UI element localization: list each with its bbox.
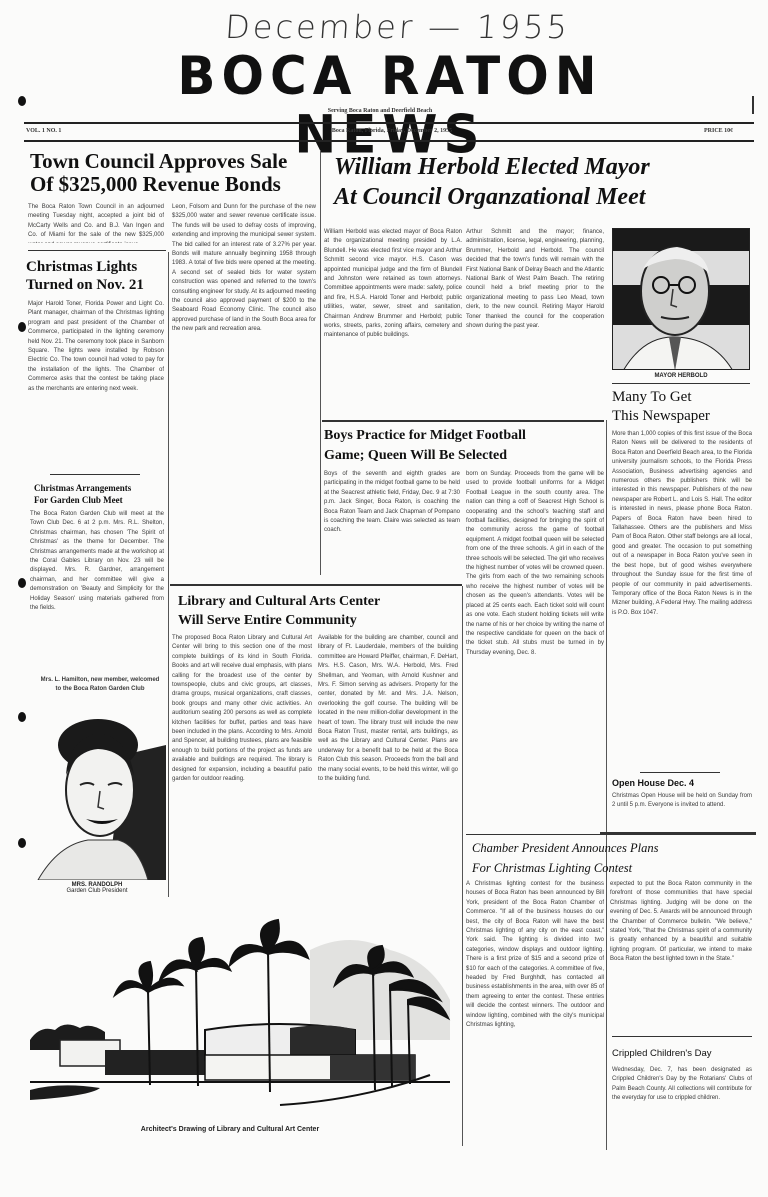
many-to-get-headline: Many To Get This Newspaper (612, 388, 752, 426)
column-rule-4 (462, 586, 463, 1146)
football-headline-line2: Game; Queen Will Be Selected (324, 446, 604, 466)
bonds-headline: Town Council Approves Sale Of $325,000 R… (30, 150, 320, 196)
woman-caption-title: Garden Club President (28, 888, 166, 894)
garden-club-headline-line1: Christmas Arrangements (34, 482, 164, 494)
lights-body: Major Harold Toner, Florida Power and Li… (28, 300, 164, 460)
mayor-headline-line2: At Council Organzational Meet (334, 182, 754, 212)
garden-club-footer: Mrs. L. Hamilton, new member, welcomed t… (40, 676, 160, 696)
binder-hole-1 (18, 96, 26, 106)
dateline: Boca Raton, Florida, Friday, December 2,… (292, 128, 492, 134)
newspaper-title: BOCA RATON NEWS (110, 47, 670, 106)
masthead-rule-top (24, 122, 754, 124)
price: PRICE 10¢ (704, 128, 733, 134)
binder-hole-5 (18, 838, 26, 848)
column-rule-2 (320, 150, 321, 575)
garden-club-headline: Christmas Arrangements For Garden Club M… (34, 482, 164, 506)
chamber-body-col1: A Christmas lighting contest for the bus… (466, 880, 604, 1145)
portrait-woman-icon (28, 705, 166, 880)
garden-club-headline-line2: For Garden Club Meet (34, 494, 164, 506)
column-rule-3 (606, 420, 607, 1150)
bonds-headline-line2: Of $325,000 Revenue Bonds (30, 173, 320, 196)
garden-club-president-photo (28, 705, 166, 880)
lights-divider (50, 474, 140, 475)
palm-trees-building-illustration-icon (30, 910, 460, 1110)
mayor-headline: William Herbold Elected Mayor At Council… (334, 152, 754, 212)
chamber-body-col2: expected to put the Boca Raton community… (610, 880, 752, 1030)
football-headline: Boys Practice for Midget Football Game; … (324, 426, 604, 466)
lights-headline-line1: Christmas Lights (26, 258, 168, 276)
binder-hole-4 (18, 712, 26, 722)
many-to-get-body: More than 1,000 copies of this first iss… (612, 430, 752, 764)
bonds-body-col2: Leon, Folsom and Dunn for the purchase o… (172, 203, 316, 575)
football-body-col2: born on Sunday. Proceeds from the game w… (466, 470, 604, 832)
edge-mark (752, 96, 754, 114)
open-house-divider (640, 772, 720, 773)
tagline: Serving Boca Raton and Deerfield Beach (260, 108, 500, 114)
binder-hole-3 (18, 578, 26, 588)
library-headline: Library and Cultural Arts Center Will Se… (178, 592, 462, 630)
library-headline-line2: Will Serve Entire Community (178, 611, 462, 630)
football-top-rule (322, 420, 604, 422)
masthead-rule-bottom (24, 140, 754, 142)
many-headline-line1: Many To Get (612, 388, 752, 407)
football-headline-line1: Boys Practice for Midget Football (324, 426, 604, 446)
drawing-caption: Architect's Drawing of Library and Cultu… (60, 1126, 400, 1133)
bonds-headline-line1: Town Council Approves Sale (30, 150, 320, 173)
library-body-col1: The proposed Boca Raton Library and Cult… (172, 634, 312, 904)
mayor-body-col1: William Herbold was elected mayor of Boc… (324, 228, 462, 416)
chamber-headline: Chamber President Announces Plans For Ch… (472, 838, 756, 878)
crippled-body: Wednesday, Dec. 7, has been designated a… (612, 1066, 752, 1136)
mayor-photo (612, 228, 750, 370)
open-house-headline: Open House Dec. 4 (612, 778, 752, 788)
bonds-body-col1: The Boca Raton Town Council in an adjour… (28, 203, 164, 243)
open-house-body: Christmas Open House will be held on Sun… (612, 792, 752, 830)
chamber-top-rule (466, 834, 756, 835)
woman-photo-caption: MRS. RANDOLPH Garden Club President (28, 882, 166, 894)
lights-headline-line2: Turned on Nov. 21 (26, 276, 168, 294)
column-rule-1 (168, 252, 169, 897)
chamber-headline-line1: Chamber President Announces Plans (472, 838, 756, 858)
mayor-body-col2: Arthur Schmitt and the mayor; finance, a… (466, 228, 604, 416)
library-architect-drawing (30, 910, 460, 1110)
bonds-divider (28, 250, 166, 251)
lights-headline: Christmas Lights Turned on Nov. 21 (26, 258, 168, 294)
many-headline-line2: This Newspaper (612, 407, 752, 426)
binder-hole-2 (18, 322, 26, 332)
crippled-headline: Crippled Children's Day (612, 1048, 752, 1059)
library-top-rule (170, 584, 462, 586)
mayor-photo-divider (612, 383, 750, 384)
portrait-mayor-icon (613, 229, 750, 370)
library-headline-line1: Library and Cultural Arts Center (178, 592, 462, 611)
crippled-divider (612, 1036, 752, 1037)
volume-number: VOL. 1 NO. 1 (26, 128, 61, 134)
football-body-col1: Boys of the seventh and eighth grades ar… (324, 470, 460, 570)
garden-club-body: The Boca Raton Garden Club will meet at … (30, 510, 164, 670)
chamber-headline-line2: For Christmas Lighting Contest (472, 858, 756, 878)
mayor-headline-line1: William Herbold Elected Mayor (334, 152, 754, 182)
library-body-col2: Available for the building are chamber, … (318, 634, 458, 904)
mayor-photo-caption: MAYOR HERBOLD (612, 373, 750, 379)
